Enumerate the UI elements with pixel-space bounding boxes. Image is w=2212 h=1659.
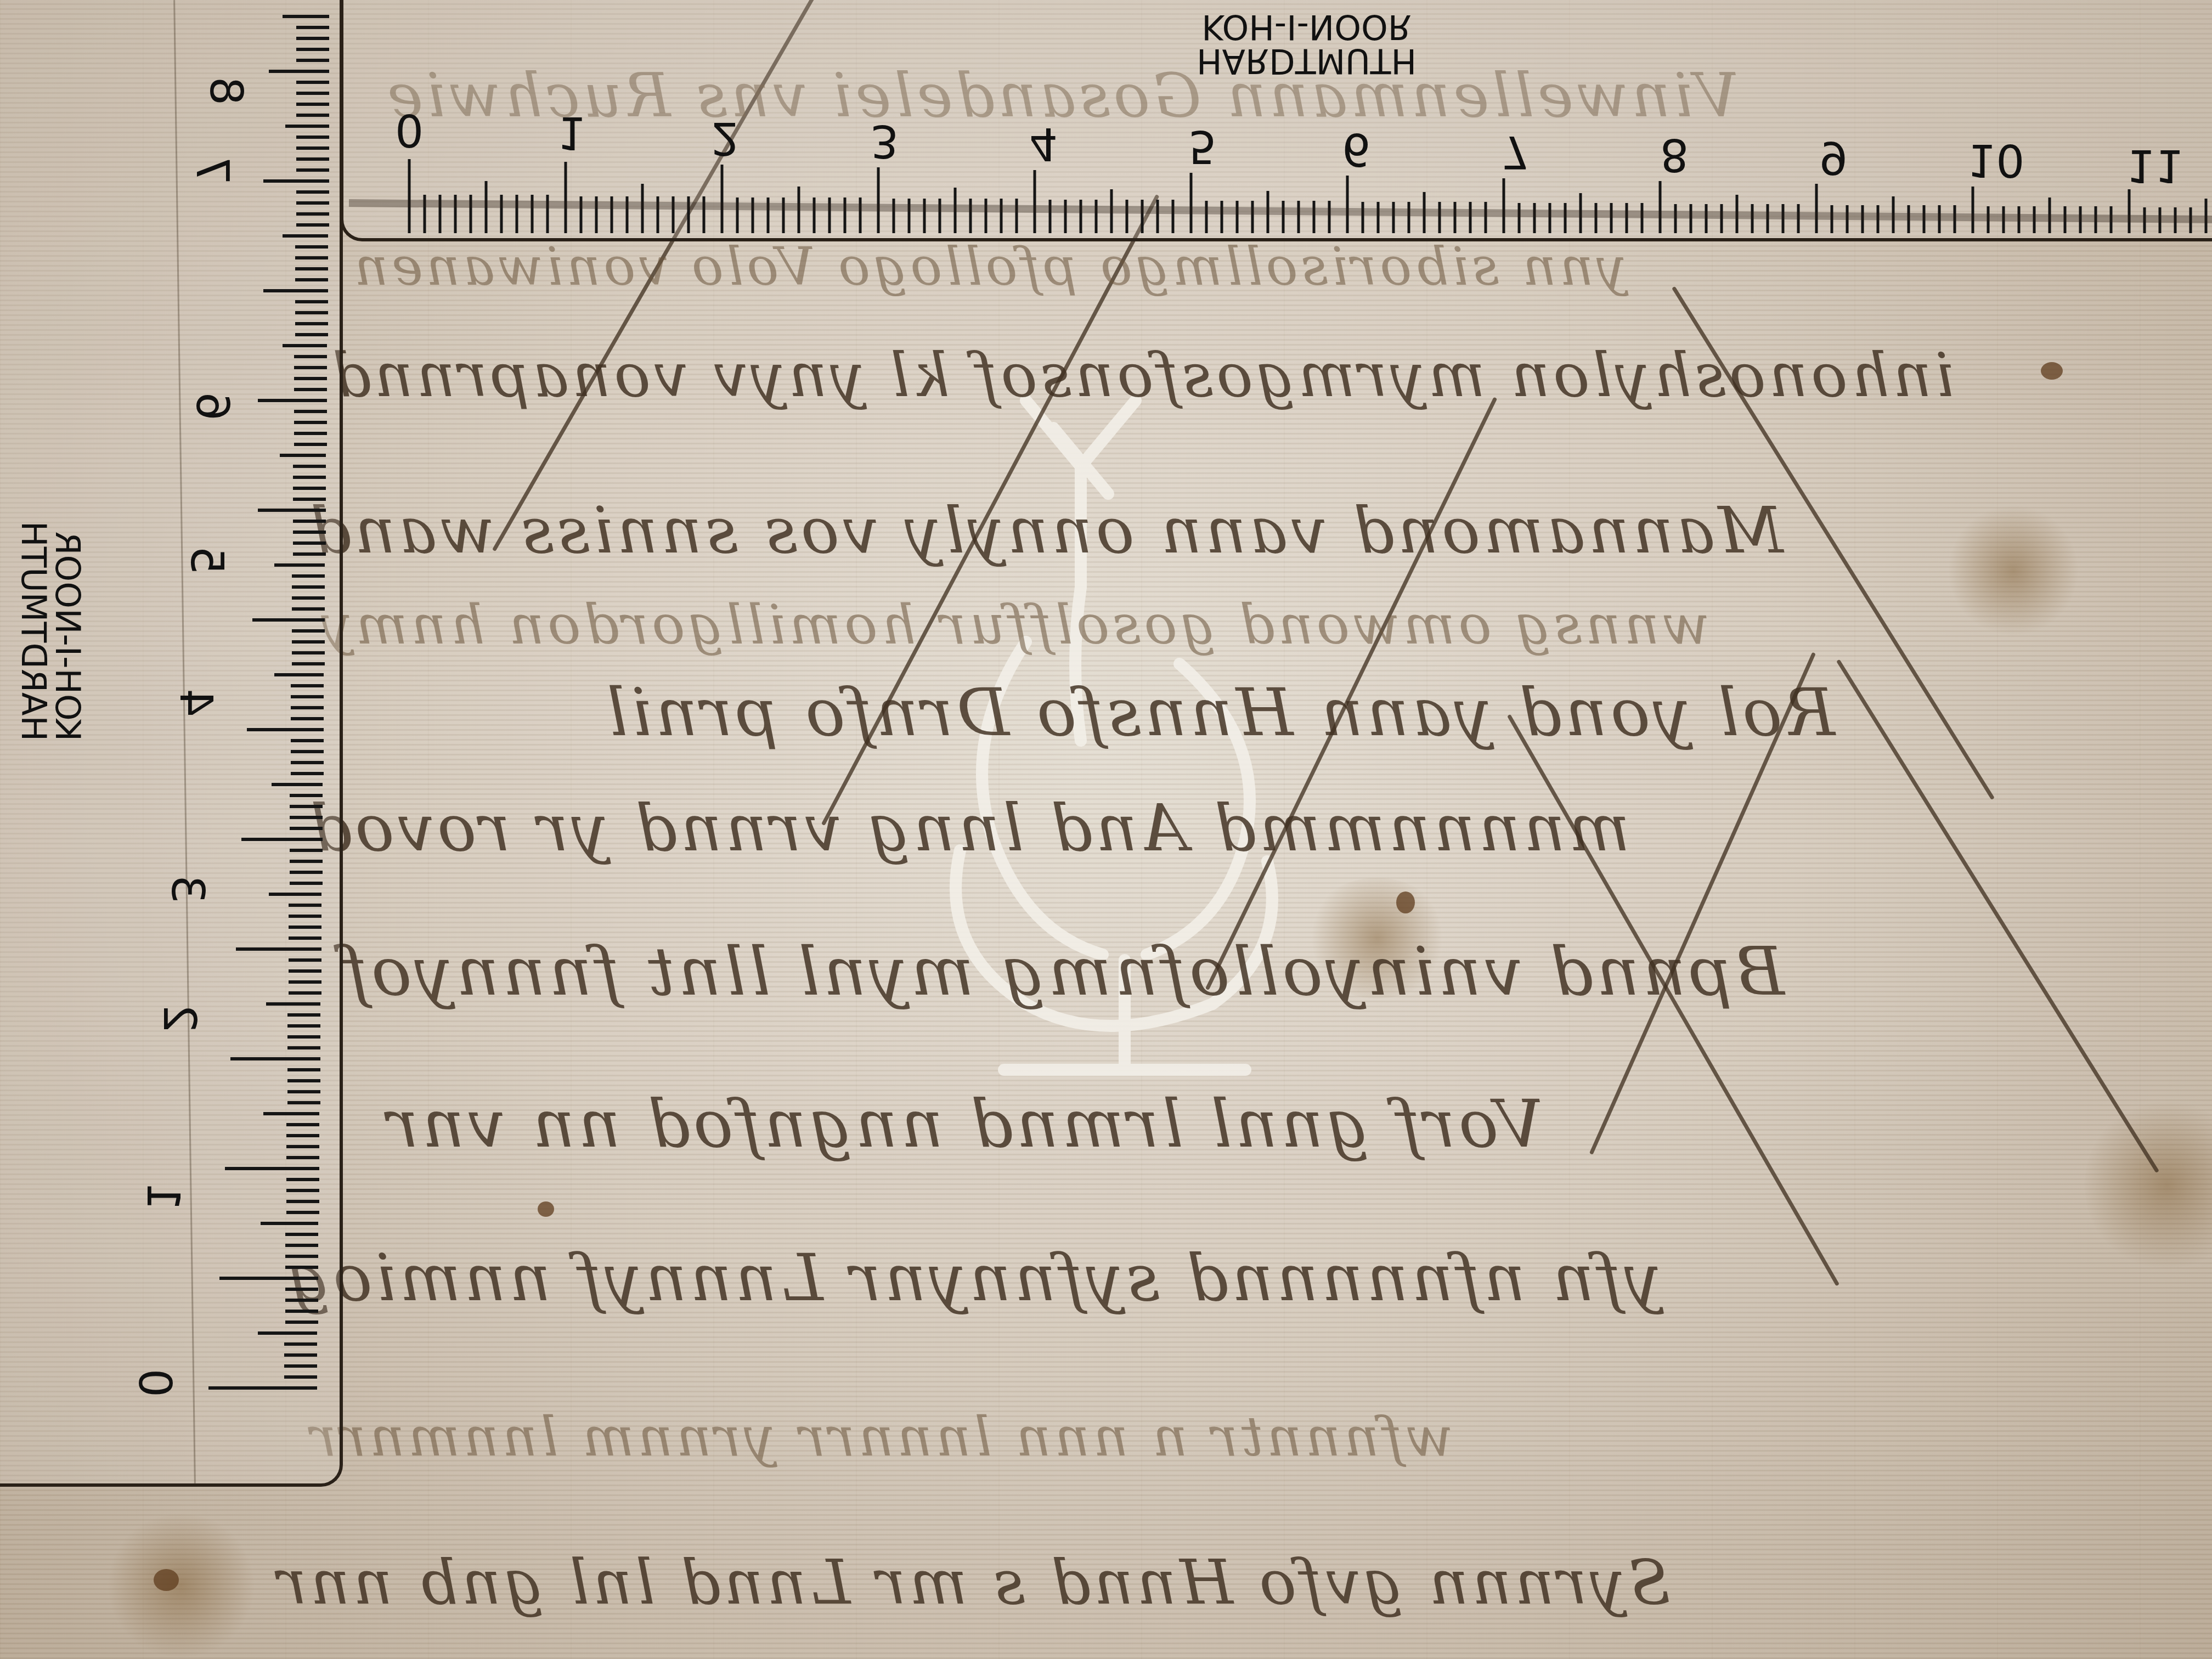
ruler-ticks [343, 0, 2212, 241]
vertical-ruler: KOH-I-NOOR HARDTMUTH 8 7 6 5 4 3 2 1 0 [0, 0, 343, 1487]
script-line: wnnsg omwond gosolffur homillgordon hnmy [318, 592, 1709, 657]
horizontal-ruler: HARDTMUTH KOH-I-NOOR 0 1 2 3 4 5 6 7 8 9… [340, 0, 2212, 241]
ruler-ticks [0, 0, 343, 1487]
script-line: Vorf gnnl lrmnd nngnfod nn vnr [384, 1086, 1543, 1163]
script-line: Rol yond yann Hnnsfo Drnfo prnil [603, 675, 1835, 751]
script-line: Bpnnd vninyollofnmg mynl llnt fnnnyof [340, 933, 1785, 1011]
script-line: yfn nfnnnnnd syfnnynr Lnnnyf nnmiog [285, 1240, 1661, 1316]
script-line: Syrnnn gvfo Hnnd s mr Lnnd lnl gnb nnr [274, 1547, 1671, 1618]
script-line: inhonoshylon myrmgosfonsof kl ynyv vonap… [329, 340, 1954, 410]
script-line: ynn siborisollmgo pfollogo Volo voniwane… [351, 236, 1627, 297]
script-line: mnnnnmmd And lnng vrnnd yr rovod [307, 790, 1630, 866]
script-line: Mannamond vann onnyly vos snniss wand [307, 494, 1784, 568]
manuscript-photo: Vinwellenmann Gosandelei vns Ruchwie ynn… [0, 0, 2212, 1659]
script-line: wfnnntr n nnn lnnnrr yrnnm lnnmnrr [307, 1404, 1453, 1469]
